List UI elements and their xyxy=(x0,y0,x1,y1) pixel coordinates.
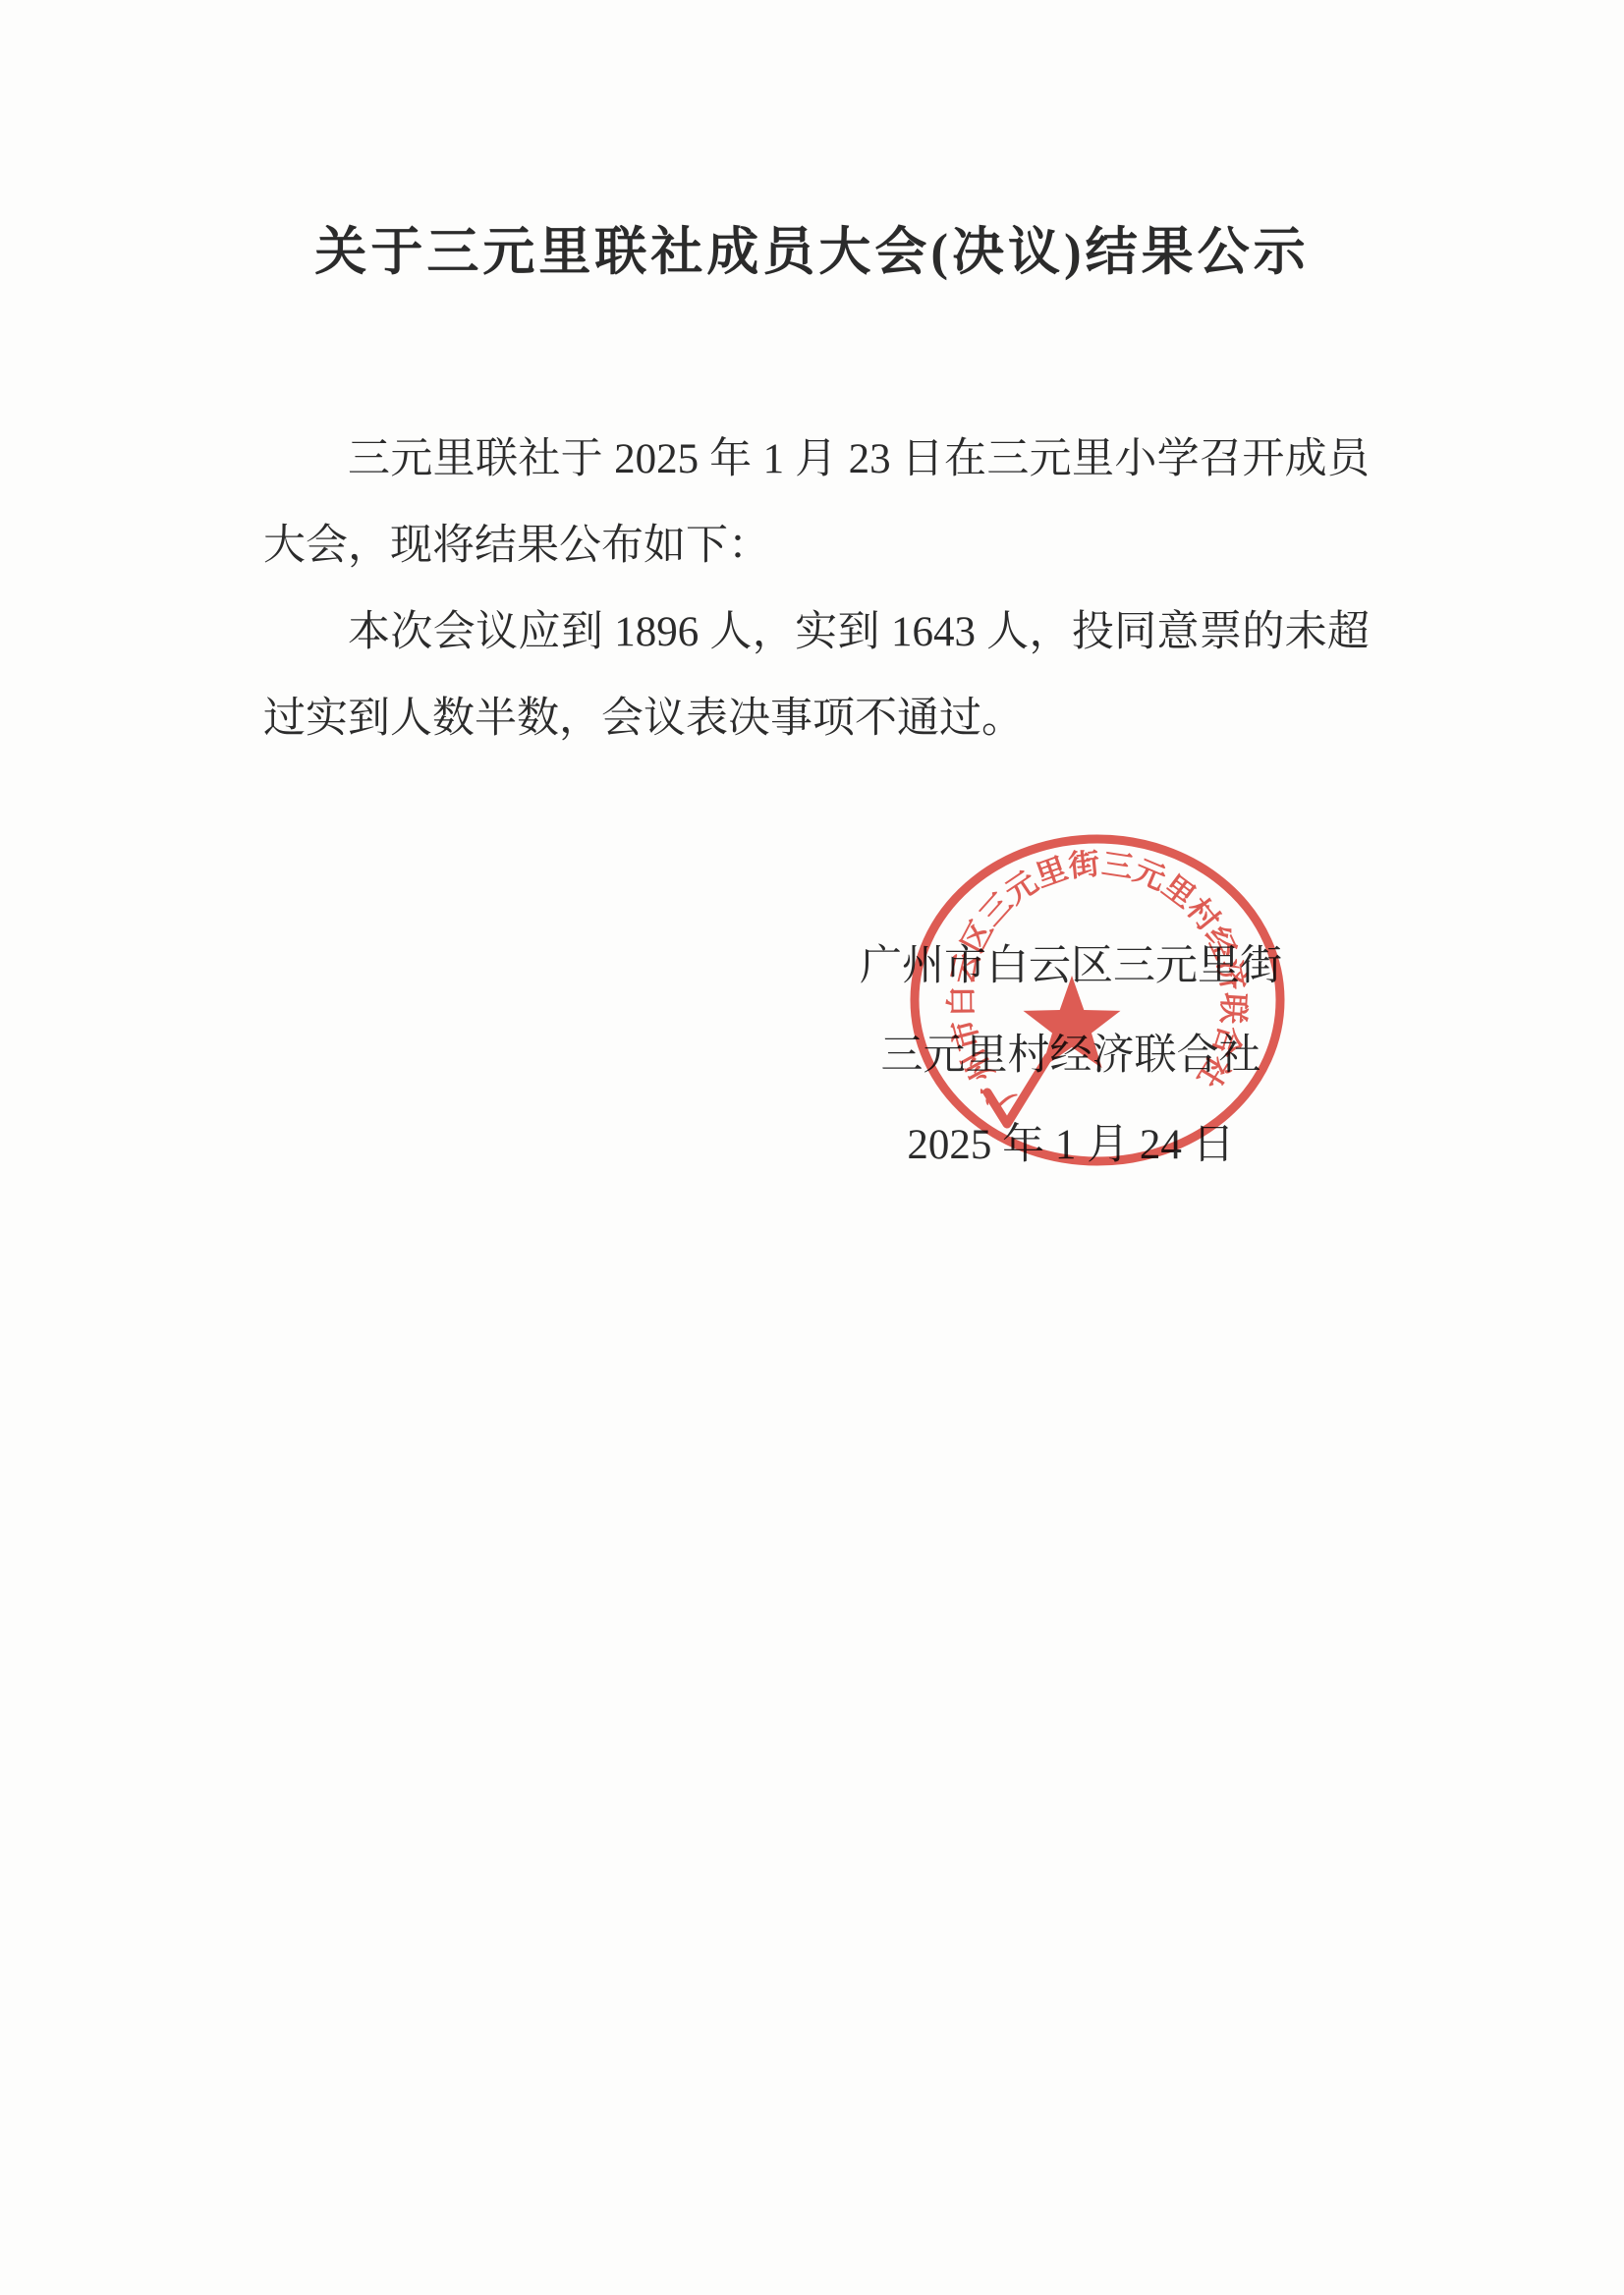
document-body: 三元里联社于 2025 年 1 月 23 日在三元里小学召开成员大会，现将结果公… xyxy=(263,417,1370,762)
document-title: 关于三元里联社成员大会(决议)结果公示 xyxy=(0,208,1624,297)
official-seal-stamp: 广州市白云区三元里街三元里村经济联合社 xyxy=(909,831,1286,1169)
star-icon xyxy=(1024,976,1121,1068)
seal-arc-text-group: 广州市白云区三元里街三元里村经济联合社 xyxy=(944,846,1252,1116)
seal-arc-text: 广州市白云区三元里街三元里村经济联合社 xyxy=(944,846,1252,1116)
paragraph-vote-result: 本次会议应到 1896 人，实到 1643 人，投同意票的未超过实到人数半数，会… xyxy=(263,589,1370,762)
document-page: 关于三元里联社成员大会(决议)结果公示 三元里联社于 2025 年 1 月 23… xyxy=(0,0,1624,2295)
paragraph-meeting-announcement: 三元里联社于 2025 年 1 月 23 日在三元里小学召开成员大会，现将结果公… xyxy=(263,417,1370,589)
